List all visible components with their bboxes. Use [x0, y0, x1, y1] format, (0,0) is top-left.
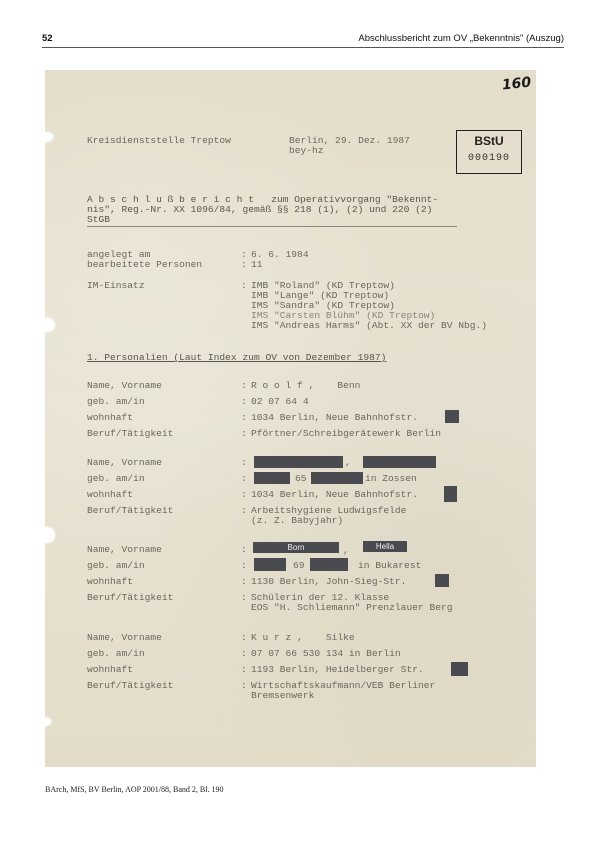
name-comma: ,: [345, 458, 351, 468]
redaction-box-firstname: [363, 456, 436, 468]
person-1-occupation: Pförtner/Schreibgerätewerk Berlin: [251, 429, 441, 439]
page-number: 52: [42, 33, 53, 44]
reference-code: bey-hz: [289, 146, 324, 156]
colon: :: [241, 458, 247, 468]
person-2-born-place: in Zossen: [365, 474, 417, 484]
scanned-document: 160 BStU 000190 Kreisdienststelle Trepto…: [45, 70, 536, 767]
person-4-born: 07 07 66 530 134 in Berlin: [251, 649, 401, 659]
colon: :: [241, 506, 247, 516]
label-occupation: Beruf/Tätigkeit: [87, 506, 173, 516]
redaction-box: [444, 486, 457, 502]
punch-hole: [45, 717, 51, 726]
colon: :: [241, 561, 247, 571]
label-occupation: Beruf/Tätigkeit: [87, 681, 173, 691]
label-born: geb. am/in: [87, 474, 145, 484]
person-4-occupation: Bremsenwerk: [251, 691, 314, 701]
meta-colon: :: [241, 260, 247, 270]
person-3-born-place: in Bukarest: [358, 561, 421, 571]
colon: :: [241, 577, 247, 587]
punch-hole: [45, 527, 55, 543]
label-occupation: Beruf/Tätigkeit: [87, 429, 173, 439]
person-4-name: K u r z , Silke: [251, 633, 355, 643]
label-name: Name, Vorname: [87, 381, 162, 391]
colon: :: [241, 490, 247, 500]
redaction-box-birthdate: [254, 472, 290, 484]
label-residence: wohnhaft: [87, 413, 133, 423]
redaction-box: [435, 574, 449, 587]
colon: :: [241, 429, 247, 439]
source-citation: BArch, MfS, BV Berlin, AOP 2001/88, Band…: [45, 785, 223, 794]
colon: :: [241, 649, 247, 659]
person-3-residence: 1130 Berlin, John-Sieg-Str.: [251, 577, 406, 587]
colon: :: [241, 381, 247, 391]
colon: :: [241, 474, 247, 484]
person-1-name: R o o l f , Benn: [251, 381, 360, 391]
person-2-occupation: (z. Z. Babyjahr): [251, 516, 343, 526]
label-born: geb. am/in: [87, 649, 145, 659]
report-title-line-2: nis", Reg.-Nr. XX 1096/84, gemäß §§ 218 …: [87, 205, 432, 215]
colon: :: [241, 545, 247, 555]
label-born: geb. am/in: [87, 561, 145, 571]
person-3-born-year: 69: [293, 561, 305, 571]
redaction-label-firstname: Hella: [363, 541, 407, 552]
person-2-residence: 1034 Berlin, Neue Bahnhofstr.: [251, 490, 418, 500]
page-header: 52 Abschlussbericht zum OV „Bekenntnis" …: [42, 32, 564, 48]
redaction-box: [445, 410, 459, 423]
bstu-stamp: BStU 000190: [456, 130, 522, 174]
title-underline: [87, 226, 457, 227]
report-title-line-3: StGB: [87, 215, 110, 225]
meta-value-persons: 11: [251, 260, 263, 270]
redaction-label-surname: Born: [253, 542, 339, 553]
label-occupation: Beruf/Tätigkeit: [87, 593, 173, 603]
punch-hole: [45, 318, 55, 332]
label-residence: wohnhaft: [87, 577, 133, 587]
person-4-residence: 1193 Berlin, Heidelberger Str.: [251, 665, 424, 675]
colon: :: [241, 681, 247, 691]
redaction-box-birthnumber: [310, 558, 348, 571]
section-heading-personalien: 1. Personalien (Laut Index zum OV von De…: [87, 353, 386, 363]
stamp-number: 000190: [457, 153, 521, 164]
redaction-box-birthnumber: [311, 472, 363, 484]
running-title: Abschlussbericht zum OV „Bekenntnis" (Au…: [358, 33, 564, 44]
colon: :: [241, 633, 247, 643]
im-colon: :: [241, 281, 247, 291]
im-einsatz-label: IM-Einsatz: [87, 281, 145, 291]
redaction-box-surname: [254, 456, 343, 468]
stamp-title: BStU: [457, 134, 521, 148]
colon: :: [241, 397, 247, 407]
colon: :: [241, 665, 247, 675]
redaction-box: [451, 662, 468, 676]
label-name: Name, Vorname: [87, 545, 162, 555]
person-2-born-year: 65: [295, 474, 307, 484]
handwritten-folio-number: 160: [501, 75, 532, 94]
label-name: Name, Vorname: [87, 633, 162, 643]
im-entry: IMS "Andreas Harms" (Abt. XX der BV Nbg.…: [251, 321, 487, 331]
meta-label-persons: bearbeitete Personen: [87, 260, 202, 270]
person-1-born: 02 07 64 4: [251, 397, 309, 407]
sender: Kreisdienststelle Treptow: [87, 136, 231, 146]
redaction-box-birthdate: [254, 558, 286, 571]
label-residence: wohnhaft: [87, 490, 133, 500]
colon: :: [241, 413, 247, 423]
name-comma: ,: [343, 546, 349, 556]
label-born: geb. am/in: [87, 397, 145, 407]
punch-hole: [45, 132, 53, 142]
label-name: Name, Vorname: [87, 458, 162, 468]
colon: :: [241, 593, 247, 603]
label-residence: wohnhaft: [87, 665, 133, 675]
person-1-residence: 1034 Berlin, Neue Bahnhofstr.: [251, 413, 418, 423]
person-3-occupation: EOS "H. Schliemann" Prenzlauer Berg: [251, 603, 453, 613]
